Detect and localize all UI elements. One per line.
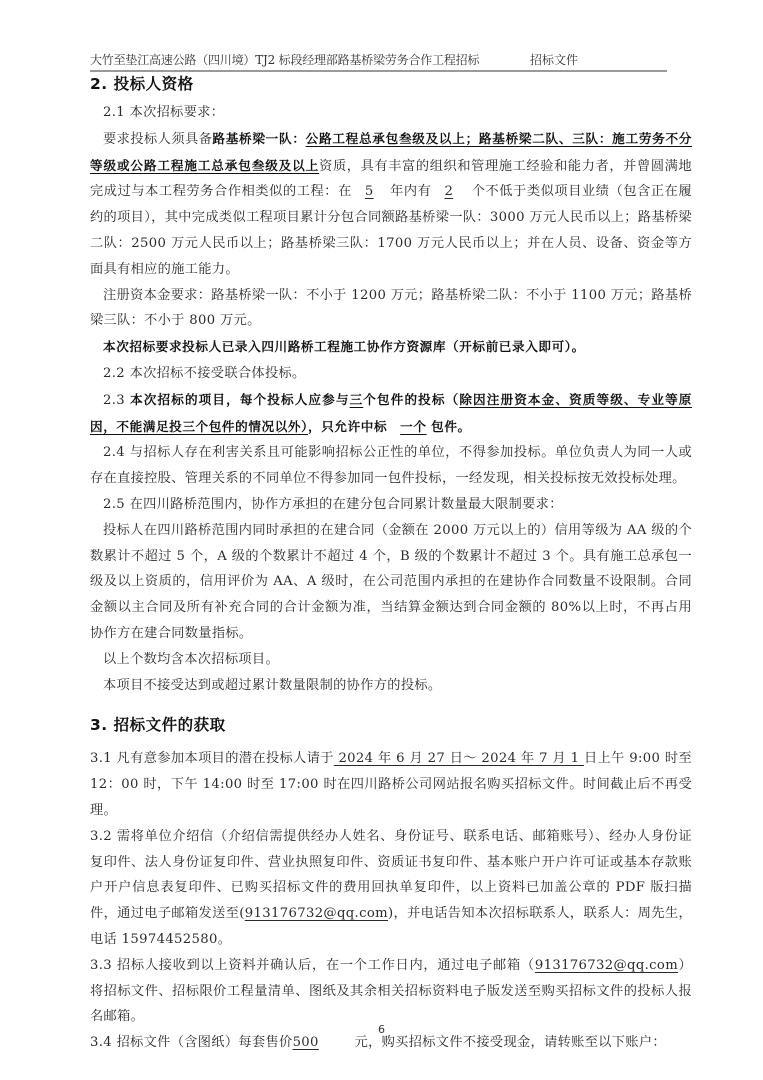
clause-3-4-text-2: 元，购买招标文件不接受现金，请转账至以下账户： bbox=[355, 1035, 666, 1050]
clause-2-1-requirements: 要求投标人须具备路基桥梁一队：公路工程总承包叁级及以上；路基桥梁二队、三队：施工… bbox=[90, 126, 692, 283]
resource-db-text: 本次招标要求投标人已录入四川路桥工程施工协作方资源库（开标前已录入即可）。 bbox=[103, 339, 585, 354]
resource-db-requirement: 本次招标要求投标人已录入四川路桥工程施工协作方资源库（开标前已录入即可）。 bbox=[90, 334, 692, 361]
section-2-heading: 2. 投标人资格 bbox=[90, 72, 692, 100]
note-count-includes: 以上个数均含本次招标项目。 bbox=[90, 647, 692, 673]
note-limit-excluded: 本项目不接受达到或超过累计数量限制的协作方的投标。 bbox=[90, 673, 692, 699]
email-link[interactable]: 913176732@qq.com bbox=[245, 906, 388, 921]
clause-3-2: 3.2 需将单位介绍信（介绍信需提供经办人姓名、身份证号、联系电话、邮箱账号）、… bbox=[90, 824, 692, 953]
clause-2-5-detail: 投标人在四川路桥范围内同时承担的在建合同（金额在 2000 万元以上的）信用等级… bbox=[90, 518, 692, 647]
page-content: 2. 投标人资格 2.1 本次招标要求： 要求投标人须具备路基桥梁一队：公路工程… bbox=[90, 72, 692, 1056]
clause-2-3-three: 三 bbox=[350, 392, 364, 407]
capital-requirement: 注册资本金要求：路基桥梁一队：不小于 1200 万元；路基桥梁二队：不小于 11… bbox=[90, 283, 692, 335]
clause-2-3-text-4: 包件。 bbox=[431, 419, 471, 434]
clause-2-3-num: 2.3 bbox=[103, 393, 130, 408]
clause-3-4-text-1: 3.4 招标文件（含图纸）每套售价 bbox=[90, 1035, 293, 1050]
req-lead: 要求投标人须具备 bbox=[103, 132, 212, 147]
header-doc-title: 大竹至垫江高速公路（四川境）TJ2 标段经理部路基桥梁劳务合作工程招标 bbox=[90, 52, 479, 68]
clause-3-1: 3.1 凡有意参加本项目的潜在投标人请于 2024 年 6 月 27 日～ 20… bbox=[90, 746, 692, 823]
clause-3-1-lead: 3.1 凡有意参加本项目的潜在投标人请于 bbox=[90, 751, 334, 766]
req-count-value: 2 bbox=[431, 179, 471, 205]
document-page: 大竹至垫江高速公路（四川境）TJ2 标段经理部路基桥梁劳务合作工程招标 招标文件… bbox=[0, 0, 763, 1080]
section-3-heading: 3. 招标文件的获取 bbox=[90, 710, 692, 746]
clause-2-5: 2.5 在四川路桥范围内，协作方承担的在建分包合同累计数量最大限制要求： bbox=[90, 492, 692, 518]
clause-2-2: 2.2 本次招标不接受联合体投标。 bbox=[90, 361, 692, 387]
clause-2-4: 2.4 与招标人存在利害关系且可能影响招标公正性的单位，不得参加投标。单位负责人… bbox=[90, 440, 692, 492]
email-link[interactable]: 913176732@qq.com bbox=[535, 958, 678, 973]
clause-2-3-one: 一个 bbox=[387, 414, 431, 440]
req-team1-label: 路基桥梁一队： bbox=[212, 131, 305, 146]
header-doc-type: 招标文件 bbox=[530, 52, 578, 68]
clause-2-3: 2.3 本次招标的项目，每个投标人应参与三个包件的投标（除因注册资本金、资质等级… bbox=[90, 387, 692, 441]
clause-2-3-text-2: 个包件的投标（ bbox=[363, 392, 459, 407]
clause-3-3-text-1: 3.3 招标人接收到以上资料并确认后，在一个工作日内，通过电子邮箱（ bbox=[90, 958, 535, 973]
clause-2-3-text-1: 本次招标的项目，每个投标人应参与 bbox=[130, 392, 349, 407]
page-number: 6 bbox=[0, 1023, 763, 1036]
clause-2-3-text-3: ，只允许中标 bbox=[308, 419, 387, 434]
req-text-2: 年内有 bbox=[390, 184, 432, 199]
running-header: 大竹至垫江高速公路（四川境）TJ2 标段经理部路基桥梁劳务合作工程招标 招标文件 bbox=[90, 52, 667, 72]
clause-3-1-date-range: 2024 年 6 月 27 日～ 2024 年 7 月 1 bbox=[334, 751, 584, 766]
req-years-value: 5 bbox=[352, 179, 390, 205]
clause-2-1-label: 2.1 本次招标要求： bbox=[90, 100, 692, 126]
clause-3-3: 3.3 招标人接收到以上资料并确认后，在一个工作日内，通过电子邮箱（913176… bbox=[90, 953, 692, 1030]
